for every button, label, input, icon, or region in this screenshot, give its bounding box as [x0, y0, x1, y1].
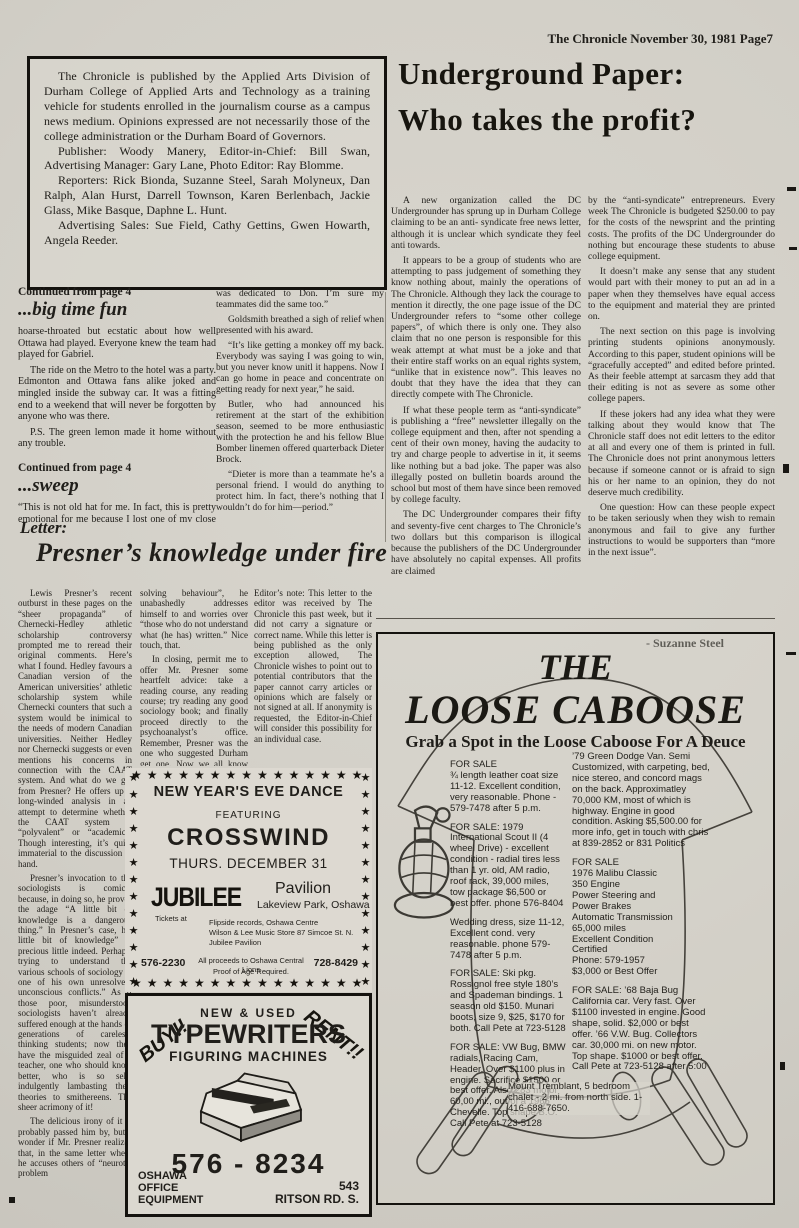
scan-artifact	[783, 464, 789, 473]
jubilee-logo: JUBILEE	[151, 882, 241, 913]
letter-editors-note: Editor’s note: This letter to the editor…	[254, 588, 372, 770]
letter-headline: Presner’s knowledge under fire	[36, 538, 436, 568]
dance-ad-proof: Proof of Age Required.	[211, 967, 291, 976]
masthead-paragraph: Reporters: Rick Bionda, Suzanne Steel, S…	[44, 173, 370, 218]
continued-kicker-sweep: Continued from page 4	[18, 462, 216, 474]
scan-artifact	[787, 187, 796, 191]
star-border-bottom-icon: ★★★★★★★★★★★★★★★★★★★★★★	[131, 976, 366, 992]
classified-item: ’79 Green Dodge Van. Semi Customized, wi…	[572, 752, 712, 850]
dance-ad-phone-left: 576-2230	[141, 957, 185, 969]
masthead-paragraph: Publisher: Woody Manery, Editor-in-Chief…	[44, 144, 370, 174]
continued-title-fun: ...big time fun	[18, 299, 216, 321]
section-divider-rule	[376, 618, 775, 619]
scan-artifact	[786, 652, 796, 655]
article-paragraph: If these jokers had any idea what they w…	[588, 410, 775, 500]
typewriter-ad: BUY!! RENT!! NEW & USED TYPEWRITERS FIGU…	[125, 993, 372, 1217]
letter-paragraph: solving behaviour”, he unabashedly addre…	[140, 588, 248, 650]
masthead-paragraph: Advertising Sales: Sue Field, Cathy Gett…	[44, 218, 370, 248]
main-article-col1: A new organization called the DC Undergr…	[391, 196, 581, 644]
newspaper-page: The Chronicle November 30, 1981 Page7 Un…	[0, 0, 799, 1228]
letter-column-2: solving behaviour”, he unabashedly addre…	[140, 588, 248, 766]
star-border-top-icon: ★★★★★★★★★★★★★★★★★★★★★★	[131, 768, 366, 784]
typewriter-illustration-icon	[178, 1068, 323, 1148]
dance-ad: ★★★★★★★★★★★★★★★★★★★★★★ ★★★★★★★★★★★★★★★★★…	[125, 768, 372, 992]
article-paragraph: P.S. The green lemon made it home withou…	[18, 427, 216, 450]
caboose-title-the: THE	[378, 646, 773, 688]
continued-title-sweep: ...sweep	[18, 475, 216, 497]
letter-paragraph: The delicious irony of it is probably pa…	[18, 1116, 132, 1178]
letter-label: Letter:	[20, 518, 67, 538]
dance-ad-title: NEW YEAR'S EVE DANCE	[125, 784, 372, 800]
dance-ad-featuring: FEATURING	[125, 810, 372, 821]
letter-column-1: Lewis Presner’s recent outburst in these…	[18, 588, 132, 1212]
scan-artifact	[780, 1062, 785, 1070]
article-paragraph: It appears to be a group of students who…	[391, 256, 581, 402]
classified-item: Wedding dress, size 11-12, Excellent con…	[450, 918, 566, 962]
article-paragraph: by the “anti-syndicate” entrepreneurs. E…	[588, 196, 775, 263]
caboose-tagline: Grab a Spot in the Loose Caboose For A D…	[378, 732, 773, 752]
typewriter-ad-line2: TYPEWRITERS	[128, 1019, 369, 1050]
article-paragraph: If what these people term as “anti-syndi…	[391, 406, 581, 507]
scan-artifact	[9, 1197, 15, 1203]
star-border-left-icon: ★★★★★★★★★★★★★★★★	[125, 771, 140, 989]
article-paragraph: The next section on this page is involvi…	[588, 327, 775, 405]
sports-column: was dedicated to Don. I’m sure my teamma…	[216, 289, 384, 541]
dance-ad-band: CROSSWIND	[125, 824, 372, 852]
continued-kicker-fun: Continued from page 4	[18, 286, 216, 298]
typewriter-ad-line3: FIGURING MACHINES	[128, 1049, 369, 1064]
column-divider-rule	[385, 292, 386, 542]
dance-ad-venue-location: Lakeview Park, Oshawa	[257, 899, 370, 911]
article-paragraph: “It’s like getting a monkey off my back.…	[216, 341, 384, 396]
classified-item: FOR SALE: 1979 International Scout II (4…	[450, 823, 566, 910]
fun-paragraphs: hoarse-throated but ecstatic about how w…	[18, 326, 216, 454]
dance-ad-outlets: Flipside records, Oshawa CentreWilson & …	[209, 918, 359, 948]
classified-item: FOR SALE 1976 Malibu Classic 350 Engine …	[572, 858, 712, 978]
caboose-title-loose-caboose: LOOSE CABOOSE	[378, 686, 773, 733]
masthead-box: The Chronicle is published by the Applie…	[27, 56, 387, 290]
article-paragraph: Butler, who had announced his retirement…	[216, 400, 384, 466]
article-paragraph: The DC Undergrounder compares their fift…	[391, 510, 581, 577]
classified-item: FOR SALE: ’68 Baja Bug California car. V…	[572, 986, 712, 1073]
ticket-outlet: Flipside records, Oshawa Centre	[209, 918, 359, 928]
article-paragraph: Goldsmith breathed a sigh of relief when…	[216, 315, 384, 337]
main-headline-line2: Who takes the profit?	[398, 102, 778, 138]
article-paragraph: It doesn’t make any sense that any stude…	[588, 267, 775, 323]
dance-ad-date: THURS. DECEMBER 31	[125, 856, 372, 871]
classified-item: FOR SALE ¾ length leather coat size 11-1…	[450, 760, 566, 815]
scan-artifact	[789, 247, 797, 250]
dance-ad-tickets-label: Tickets at	[155, 914, 187, 923]
classified-column-2: ’79 Green Dodge Van. Semi Customized, wi…	[572, 752, 712, 1081]
article-paragraph: The ride on the Metro to the hotel was a…	[18, 365, 216, 423]
typewriter-ad-line1: NEW & USED	[128, 1006, 369, 1020]
main-headline-line1: Underground Paper:	[398, 56, 778, 92]
dance-ad-phone-right: 728-8429	[314, 957, 358, 969]
typewriter-ad-address: 543 RITSON RD. S.	[275, 1180, 359, 1206]
letter-paragraph: Lewis Presner’s recent outburst in these…	[18, 588, 132, 869]
letter-paragraph: Presner’s invocation to the sociologists…	[18, 873, 132, 1112]
page-dateline: The Chronicle November 30, 1981 Page7	[547, 31, 773, 47]
classified-tremblant: Mount Tremblant, 5 bedroom chalet - 2 mi…	[508, 1082, 650, 1115]
classified-item: FOR SALE: Ski pkg. Rossignol free style …	[450, 969, 566, 1034]
masthead-paragraph: The Chronicle is published by the Applie…	[44, 69, 370, 144]
letter-paragraph: In closing, permit me to offer Mr. Presn…	[140, 654, 248, 766]
article-paragraph: was dedicated to Don. I’m sure my teamma…	[216, 289, 384, 311]
ticket-outlet: Wilson & Lee Music Store 87 Simcoe St. N…	[209, 928, 359, 938]
article-paragraph: A new organization called the DC Undergr…	[391, 196, 581, 252]
letter-paragraph: Editor’s note: This letter to the editor…	[254, 588, 372, 744]
article-paragraph: One question: How can these people expec…	[588, 503, 775, 559]
dance-ad-venue-name: Pavilion	[275, 880, 331, 898]
article-paragraph: hoarse-throated but ecstatic about how w…	[18, 326, 216, 361]
typewriter-ad-company: OSHAWA OFFICE EQUIPMENT	[138, 1170, 203, 1206]
continued-column: Continued from page 4 ...big time fun ho…	[18, 286, 216, 522]
article-paragraph: “Dieter is more than a teammate he’s a p…	[216, 470, 384, 514]
star-border-right-icon: ★★★★★★★★★★★★★★★★	[357, 771, 372, 989]
loose-caboose-ad: THE LOOSE CABOOSE Grab a Spot in the Loo…	[376, 632, 775, 1205]
ticket-outlet: Jubilee Pavilion	[209, 938, 359, 948]
main-article-col2: by the “anti-syndicate” entrepreneurs. E…	[588, 196, 775, 630]
